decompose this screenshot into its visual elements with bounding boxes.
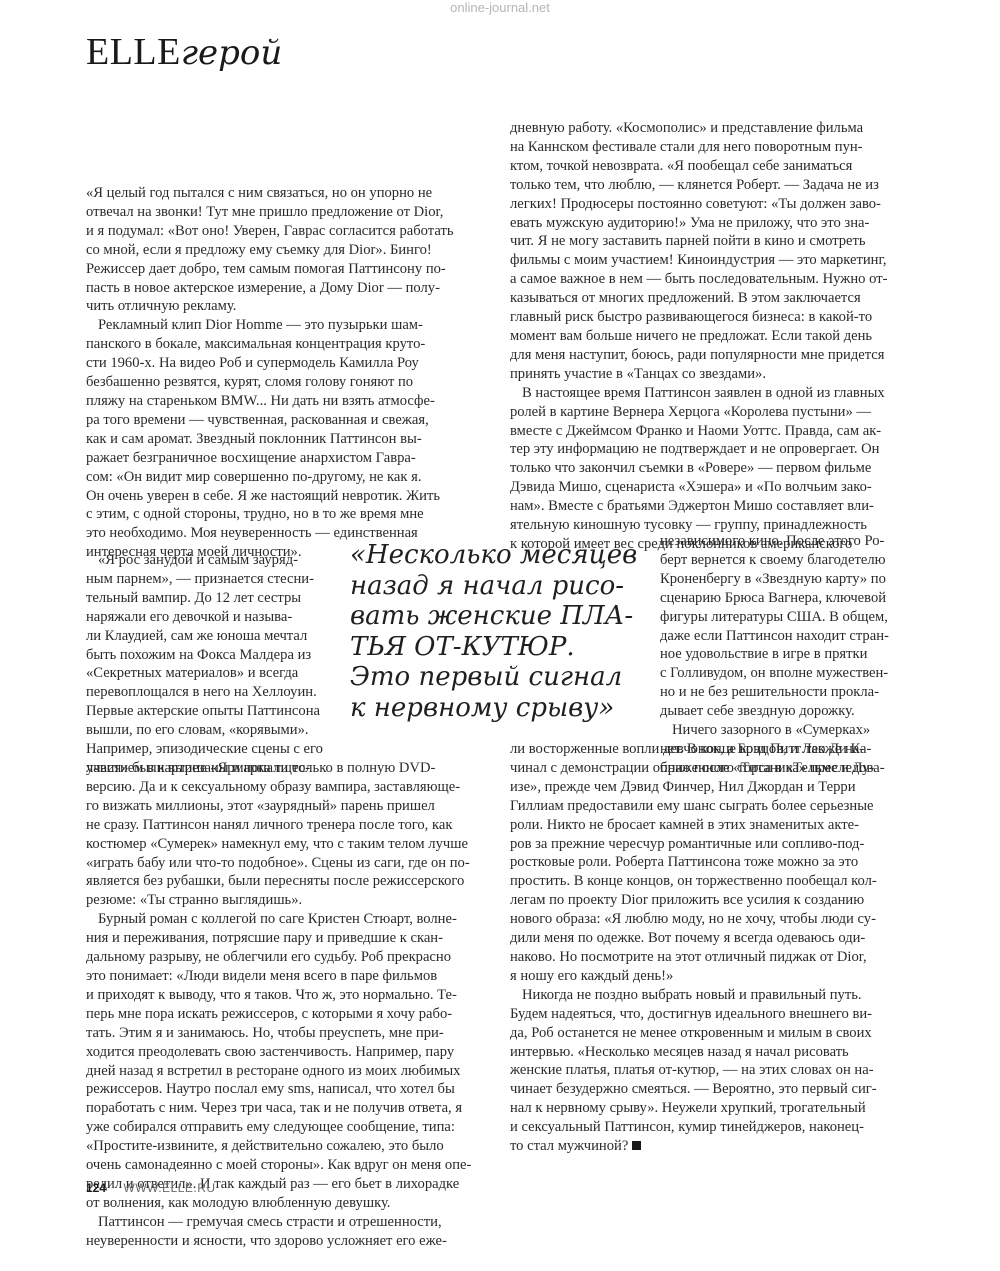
- text-line: ролей в картине Вернера Херцога «Королев…: [510, 403, 950, 422]
- text-line: тельный вампир. До 12 лет сестры: [86, 589, 356, 608]
- text-line: Например, эпизодические сцены с его: [86, 740, 356, 759]
- text-line: к нервному срыву»: [350, 693, 650, 724]
- text-line: Он очень уверен в себе. Я же настоящий н…: [86, 487, 496, 506]
- text-line: евать мужскую аудиторию!» Ума не приложу…: [510, 214, 950, 233]
- text-line: ным парнем», — признается стесни-: [86, 570, 356, 589]
- text-line: ров за прежние чересчур романтичные или …: [510, 835, 950, 854]
- text-line: назад я начал рисо-: [350, 571, 650, 602]
- text-line: чит. Я не могу заставить парней пойти в …: [510, 232, 950, 251]
- text-line: пляжу на стареньком BMW... Ни дать ни вз…: [86, 392, 496, 411]
- text-line: ТЬЯ ОТ-КУТЮР.: [350, 632, 650, 663]
- text-line: ростковые роли. Роберта Паттинсона тоже …: [510, 853, 950, 872]
- text-line: вать женские ПЛА-: [350, 601, 650, 632]
- text-line: с этим, с одной стороны, трудно, но в то…: [86, 505, 496, 524]
- text-line: «Я рос занудой и самым зауряд-: [86, 551, 356, 570]
- text-line: изе», прежде чем Дэвид Финчер, Нил Джорд…: [510, 778, 950, 797]
- text-line: казываться от многих предложений. В этом…: [510, 289, 950, 308]
- text-line: В настоящее время Паттинсон заявлен в од…: [510, 384, 950, 403]
- text-line: Ничего зазорного в «Сумерках»: [660, 721, 950, 740]
- text-line: ли восторженные вопли девчонок, а Брэд П…: [510, 740, 950, 759]
- page-footer: 124 WWW.ELLE.RU: [86, 1181, 216, 1195]
- text-line: ли Клаудией, сам же юноша мечтал: [86, 627, 356, 646]
- article-column-right-top: дневную работу. «Космополис» и представл…: [510, 119, 950, 554]
- text-line: берт вернется к своему благодетелю: [660, 551, 950, 570]
- text-line: ра того времени — чувственная, раскованн…: [86, 411, 496, 430]
- text-line: сти 1960-х. На видео Роб и супермодель К…: [86, 354, 496, 373]
- text-line: режиссеров. Наутро послал ему sms, напис…: [86, 1080, 496, 1099]
- text-line: дальному разрыву, не облегчили его судьб…: [86, 948, 496, 967]
- text-line: да, Роб останется не менее откровенным и…: [510, 1024, 950, 1043]
- text-line: и сексуальный Паттинсон, кумир тинейджер…: [510, 1118, 950, 1137]
- text-line: резюме: «Ты странно выглядишь».: [86, 891, 496, 910]
- text-line: вышли, по его словам, «корявыми».: [86, 721, 356, 740]
- text-line: дывает себе звездную дорожку.: [660, 702, 950, 721]
- text-line: тер эту информацию не подтверждает и не …: [510, 440, 950, 459]
- text-line: перь мне пора искать режиссеров, с котор…: [86, 1005, 496, 1024]
- text-line: Рекламный клип Dior Homme — это пузырьки…: [86, 316, 496, 335]
- text-line: быть похожим на Фокса Малдера из: [86, 646, 356, 665]
- text-line: Гиллиам предоставили ему шанс сыграть бо…: [510, 797, 950, 816]
- text-line: Дэвида Мишо, сценариста «Хэшера» и «По в…: [510, 478, 950, 497]
- text-line: не сразу. Паттинсон нанял личного тренер…: [86, 816, 496, 835]
- text-line: уже собирался отправить ему следующее со…: [86, 1118, 496, 1137]
- text-line: принять участие в «Танцах со звездами».: [510, 365, 950, 384]
- text-line: «Я целый год пытался с ним связаться, но…: [86, 184, 496, 203]
- text-line: наково. Но посмотрите на этот отличный п…: [510, 948, 950, 967]
- text-line: панского в бокале, максимальная концентр…: [86, 335, 496, 354]
- text-line: неуверенности и ясности, что здорово усл…: [86, 1232, 496, 1251]
- text-line: легких! Продюсеры постоянно советуют: «Т…: [510, 195, 950, 214]
- text-line: чинал с демонстрации обнаженного торса в…: [510, 759, 950, 778]
- text-line: го визжать миллионы, этот «заурядный» па…: [86, 797, 496, 816]
- text-line: Будем надеяться, что, достигнув идеально…: [510, 1005, 950, 1024]
- text-line: дили меня по одежке. Вот почему я всегда…: [510, 929, 950, 948]
- text-line: я ношу его каждый день!»: [510, 967, 950, 986]
- text-line: поработать с ним. Через три часа, так и …: [86, 1099, 496, 1118]
- website-url: WWW.ELLE.RU: [123, 1181, 215, 1195]
- text-line: это понимает: «Люди видели меня всего в …: [86, 967, 496, 986]
- text-line: момент вам больше ничего не предложат. Е…: [510, 327, 950, 346]
- text-line: версию. Да и к сексуальному образу вампи…: [86, 778, 496, 797]
- text-line: Режиссер дает добро, тем самым помогая П…: [86, 260, 496, 279]
- text-line: ходится преодолевать свою застенчивость.…: [86, 1043, 496, 1062]
- text-line: фильмы с моим участием! Киноиндустрия — …: [510, 251, 950, 270]
- text-line: сценарию Брюса Вагнера, ключевой: [660, 589, 950, 608]
- pull-quote: «Несколько месяцевназад я начал рисо-ват…: [350, 540, 650, 723]
- text-line: только тем, что люблю, — клянется Роберт…: [510, 176, 950, 195]
- text-line: на Каннском фестивале стали для него пов…: [510, 138, 950, 157]
- text-line: «играть бабу или что-то подобное». Сцены…: [86, 854, 496, 873]
- text-line: главный риск быстро развивающегося бизне…: [510, 308, 950, 327]
- text-line: сом: «Он видит мир совершенно по-другому…: [86, 468, 496, 487]
- text-line: от волнения, как молодую влюбленную деву…: [86, 1194, 496, 1213]
- text-line: нового образа: «Я люблю моду, но не хочу…: [510, 910, 950, 929]
- text-line: ктом, точкой невозврата. «Я пообещал себ…: [510, 157, 950, 176]
- text-line: Паттинсон — гремучая смесь страсти и отр…: [86, 1213, 496, 1232]
- article-column-left-top: «Я целый год пытался с ним связаться, но…: [86, 184, 496, 562]
- text-line: «Секретных материалов» и всегда: [86, 664, 356, 683]
- text-line: но и не без решительности прокла-: [660, 683, 950, 702]
- text-line: пасть в новое актерское измерение, а Дом…: [86, 279, 496, 298]
- text-line: ное удовольствие в игре в прятки: [660, 645, 950, 664]
- brand-logo: ELLE: [86, 31, 181, 73]
- text-line: очень самонадеянно с моей стороны». Как …: [86, 1156, 496, 1175]
- page-number: 124: [86, 1181, 106, 1195]
- text-line: Никогда не поздно выбрать новый и правил…: [510, 986, 950, 1005]
- text-line: для меня наступит, боюсь, ради популярно…: [510, 346, 950, 365]
- text-line: нал к нервному срыву». Неужели хрупкий, …: [510, 1099, 950, 1118]
- text-line: Это первый сигнал: [350, 662, 650, 693]
- text-line: роли. Никто не бросает камней в этих зна…: [510, 816, 950, 835]
- text-line: ния и переживания, потрясшие пару и прив…: [86, 929, 496, 948]
- text-line: ражает безграничное восхищение анархисто…: [86, 449, 496, 468]
- text-line: «Несколько месяцев: [350, 540, 650, 571]
- text-line: простить. В конце концов, он торжественн…: [510, 872, 950, 891]
- text-line: безбашенно резвятся, курят, сломя голову…: [86, 373, 496, 392]
- text-line: является без рубашки, были пересняты пос…: [86, 872, 496, 891]
- text-line: и приходят к выводу, что я таков. Что ж,…: [86, 986, 496, 1005]
- text-line: и я подумал: «Вот оно! Уверен, Гаврас со…: [86, 222, 496, 241]
- text-line: фигуры литературы США. В общем,: [660, 608, 950, 627]
- text-line: Первые актерские опыты Паттинсона: [86, 702, 356, 721]
- text-line: дней назад я встретил в ресторане одного…: [86, 1062, 496, 1081]
- text-line: Кроненбергу в «Звездную карту» по: [660, 570, 950, 589]
- watermark: online-journal.net: [0, 0, 1000, 16]
- text-line: только что закончил съемки в «Ровере» — …: [510, 459, 950, 478]
- article-column-right-lower: ли восторженные вопли девчонок, а Брэд П…: [510, 740, 950, 1156]
- text-line: костюмер «Сумерек» намекнул ему, что с т…: [86, 835, 496, 854]
- text-line: наряжали его девочкой и называ-: [86, 608, 356, 627]
- text-line: перевоплощался в него на Хеллоуин.: [86, 683, 356, 702]
- section-title: герой: [181, 33, 282, 73]
- text-line: «Простите-извините, я действительно сожа…: [86, 1137, 496, 1156]
- text-line: а самое важное в нем — быть последовател…: [510, 270, 950, 289]
- text-line: чить отличную рекламу.: [86, 297, 496, 316]
- text-line: дневную работу. «Космополис» и представл…: [510, 119, 950, 138]
- text-line: то стал мужчиной?: [510, 1137, 950, 1156]
- text-line: легам по проекту Dior приложить все усил…: [510, 891, 950, 910]
- text-line: с Голливудом, он вполне мужествен-: [660, 664, 950, 683]
- article-column-left-narrow: «Я рос занудой и самым зауряд-ным парнем…: [86, 551, 356, 778]
- text-line: со мной, если я предложу ему съемку для …: [86, 241, 496, 260]
- text-line: женские платья, платья от-кутюр, — на эт…: [510, 1061, 950, 1080]
- text-line: отвечал на звонки! Тут мне пришло предло…: [86, 203, 496, 222]
- end-mark-icon: [632, 1141, 641, 1150]
- text-line: нам». Вместе с братьями Эджертон Мишо со…: [510, 497, 950, 516]
- section-rubric: ELLEгерой: [86, 30, 282, 75]
- text-line: Бурный роман с коллегой по саге Кристен …: [86, 910, 496, 929]
- text-line: интервью. «Несколько месяцев назад я нач…: [510, 1043, 950, 1062]
- text-line: чинает безудержно смеяться. — Вероятно, …: [510, 1080, 950, 1099]
- text-line: вместе с Джеймсом Франко и Наоми Уоттс. …: [510, 422, 950, 441]
- text-line: как и сам аромат. Звездный поклонник Пат…: [86, 430, 496, 449]
- text-line: лавия» были вырезаны и попали только в п…: [86, 759, 496, 778]
- article-column-left-lower: лавия» были вырезаны и попали только в п…: [86, 759, 496, 1251]
- text-line: даже если Паттинсон находит стран-: [660, 627, 950, 646]
- text-line: тать. Этим я и занимаюсь. Но, чтобы преу…: [86, 1024, 496, 1043]
- text-line: независимого кино. После этого Ро-: [660, 532, 950, 551]
